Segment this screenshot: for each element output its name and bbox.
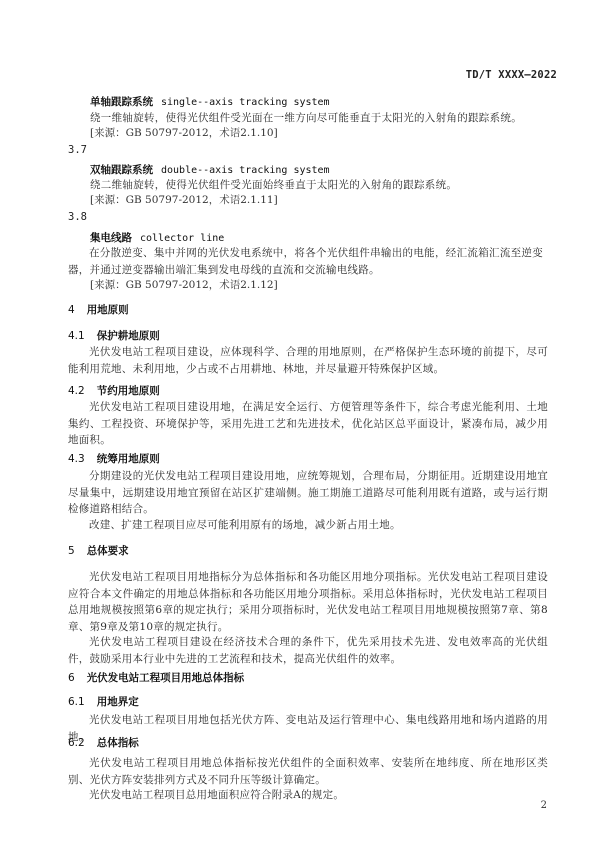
subsection-title: 总体指标 (97, 737, 139, 749)
term-source: [来源：GB 50797-2012，术语2.1.11] (90, 192, 278, 207)
subsection-heading: 4.2节约用地原则 (68, 383, 160, 398)
paragraph: 光伏发电站工程项目用地包括光伏方阵、变电站及运行管理中心、集电线路用地和场内道路… (68, 712, 548, 745)
section-title: 用地原则 (87, 304, 129, 316)
section-title: 总体要求 (87, 545, 129, 557)
subsection-number: 4.2 (68, 385, 85, 397)
subsection-number: 4.3 (68, 453, 85, 465)
term-name-en: double--axis tracking system (161, 165, 330, 176)
term-name-en: single--axis tracking system (161, 97, 330, 108)
clause-number: 3.8 (68, 211, 87, 223)
term-name-cn: 双轴跟踪系统 (90, 164, 153, 176)
term-heading: 双轴跟踪系统double--axis tracking system (90, 162, 330, 177)
subsection-title: 节约用地原则 (97, 385, 160, 397)
subsection-title: 保护耕地原则 (97, 330, 160, 342)
subsection-heading: 4.3统筹用地原则 (68, 451, 160, 466)
term-definition: 绕二维轴旋转，使得光伏组件受光面始终垂直于太阳光的入射角的跟踪系统。 (90, 177, 457, 193)
paragraph: 改建、扩建工程项目应尽可能利用原有的场地，减少新占用土地。 (68, 517, 548, 534)
paragraph: 光伏发电站工程项目建设，应体现科学、合理的用地原则，在严格保护生态环境的前提下，… (68, 344, 548, 377)
section-title: 光伏发电站工程项目用地总体指标 (87, 672, 245, 684)
paragraph: 光伏发电站工程项目总用地面积应符合附录A的规定。 (68, 787, 548, 804)
term-name-en: collector line (140, 233, 224, 244)
clause-number: 3.7 (68, 144, 87, 156)
subsection-number: 4.1 (68, 330, 85, 342)
term-definition: 绕一维轴旋转，使得光伏组件受光面在一维方向尽可能垂直于太阳光的入射角的跟踪系统。 (90, 110, 522, 126)
paragraph: 光伏发电站工程项目用地总体指标按光伏组件的全面积效率、安装所在地纬度、所在地形区… (68, 755, 548, 788)
subsection-heading: 6.2总体指标 (68, 735, 139, 750)
paragraph: 光伏发电站工程项目用地指标分为总体指标和各功能区用地分项指标。光伏发电站工程项目… (68, 569, 548, 635)
section-heading: 6光伏发电站工程项目用地总体指标 (68, 670, 244, 685)
subsection-heading: 4.1保护耕地原则 (68, 328, 160, 343)
term-heading: 集电线路collector line (90, 230, 224, 245)
page-number: 2 (541, 800, 547, 811)
term-name-cn: 单轴跟踪系统 (90, 96, 153, 108)
subsection-heading: 6.1用地界定 (68, 694, 139, 709)
term-definition: 在分散逆变、集中并网的光伏发电系统中，将各个光伏组件串输出的电能，经汇流箱汇流至… (68, 245, 543, 278)
term-name-cn: 集电线路 (90, 232, 132, 244)
standard-code: TD/T XXXX—2022 (466, 69, 557, 81)
paragraph: 光伏发电站工程项目建设用地，在满足安全运行、方便管理等条件下，综合考虑光能利用、… (68, 399, 548, 449)
subsection-title: 用地界定 (97, 696, 139, 708)
term-heading: 单轴跟踪系统single--axis tracking system (90, 94, 330, 109)
paragraph: 光伏发电站工程项目建设在经济技术合理的条件下，优先采用技术先进、发电效率高的光伏… (68, 634, 548, 667)
paragraph: 分期建设的光伏发电站工程项目建设用地，应统筹规划，合理布局，分期征用。近期建设用… (68, 468, 548, 518)
section-heading: 4用地原则 (68, 302, 129, 317)
document-page: TD/T XXXX—2022 单轴跟踪系统single--axis tracki… (0, 0, 609, 857)
term-source: [来源：GB 50797-2012，术语2.1.10] (90, 125, 278, 140)
subsection-number: 6.1 (68, 696, 85, 708)
section-number: 6 (68, 672, 75, 684)
subsection-title: 统筹用地原则 (97, 453, 160, 465)
term-source: [来源：GB 50797-2012，术语2.1.12] (90, 277, 278, 292)
subsection-number: 6.2 (68, 737, 85, 749)
section-number: 5 (68, 545, 75, 557)
section-heading: 5总体要求 (68, 543, 129, 558)
section-number: 4 (68, 304, 75, 316)
